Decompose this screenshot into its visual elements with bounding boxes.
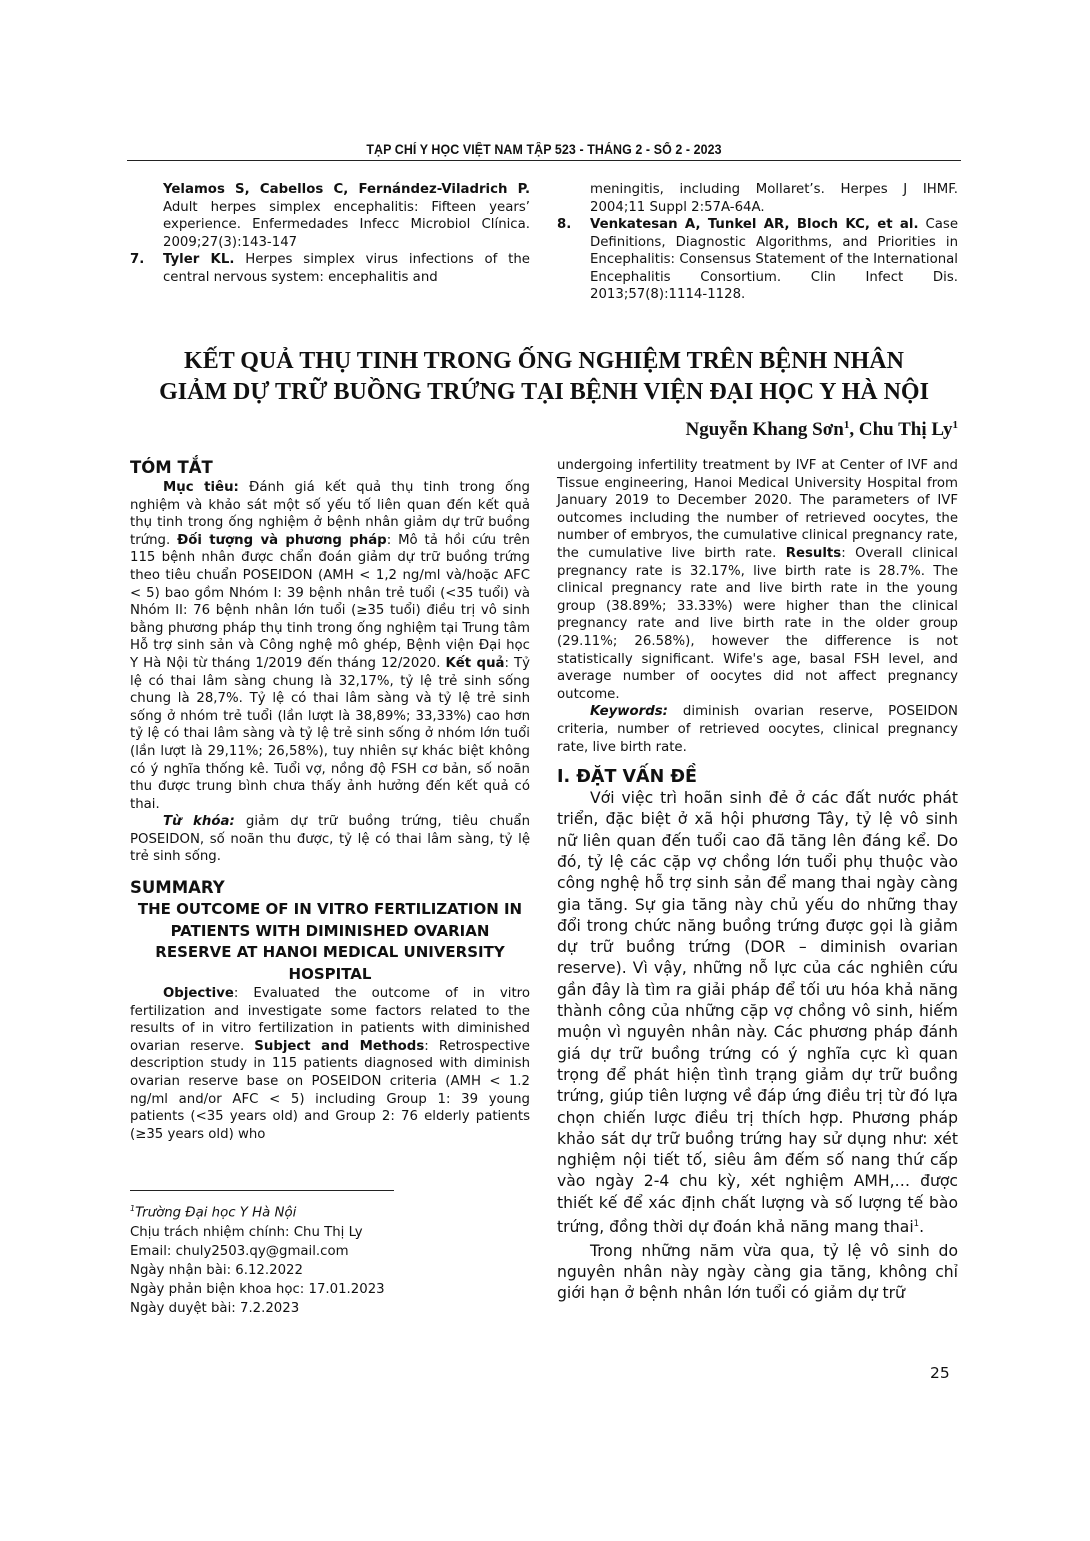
author-affiliation-mark: 1	[953, 419, 959, 431]
methods-label: Đối tượng và phương pháp	[177, 533, 387, 548]
results-text: : Overall clinical pregnancy rate is 32.…	[557, 546, 958, 702]
en-abstract-body: Objective: Evaluated the outcome of in v…	[130, 985, 530, 1143]
footnote-approved: Ngày duyệt bài: 7.2.2023	[130, 1299, 530, 1318]
affiliation-text: Trường Đại học Y Hà Nội	[135, 1205, 296, 1220]
journal-page: TẠP CHÍ Y HỌC VIỆT NAM TẬP 523 - THÁNG 2…	[0, 0, 1090, 1541]
reference-item: Yelamos S, Cabellos C, Fernández-Viladri…	[130, 181, 530, 251]
vi-keywords: Từ khóa: giảm dự trữ buồng trứng, tiêu c…	[130, 813, 530, 866]
intro-paragraph: Với việc trì hoãn sinh đẻ ở các đất nước…	[557, 788, 958, 1238]
objective-label: Objective	[163, 986, 234, 1001]
en-title: THE OUTCOME OF IN VITRO FERTILIZATION IN…	[130, 899, 530, 985]
intro-heading: I. ĐẶT VẤN ĐỀ	[557, 766, 958, 788]
author-name: Chu Thị Ly	[859, 419, 953, 440]
running-head: TẠP CHÍ Y HỌC VIỆT NAM TẬP 523 - THÁNG 2…	[160, 142, 927, 157]
references-right: meningitis, including Mollaret’s. Herpes…	[557, 181, 958, 304]
title-line-1: KẾT QUẢ THỤ TINH TRONG ỐNG NGHIỆM TRÊN B…	[127, 346, 961, 377]
intro-text: Với việc trì hoãn sinh đẻ ở các đất nước…	[557, 789, 958, 1236]
reference-number: 8.	[557, 216, 571, 234]
intro-text-end: .	[919, 1218, 924, 1236]
page-number: 25	[930, 1364, 950, 1382]
methods-label: Subject and Methods	[254, 1039, 424, 1054]
reference-authors: Tyler KL.	[163, 252, 234, 267]
reference-text: meningitis, including Mollaret’s. Herpes…	[590, 182, 958, 215]
footnote-responsible: Chịu trách nhiệm chính: Chu Thị Ly	[130, 1223, 530, 1242]
author-name: Nguyễn Khang Sơn	[685, 419, 843, 440]
reference-number: 7.	[130, 251, 144, 269]
keywords-label: Keywords:	[590, 704, 668, 719]
header-rule	[127, 160, 961, 161]
intro-body: Với việc trì hoãn sinh đẻ ở các đất nước…	[557, 788, 958, 1304]
footnote: 1Trường Đại học Y Hà Nội Chịu trách nhiệ…	[130, 1199, 530, 1319]
article-title: KẾT QUẢ THỤ TINH TRONG ỐNG NGHIỆM TRÊN B…	[127, 346, 961, 408]
vi-abstract-body: Mục tiêu: Đánh giá kết quả thụ tinh tron…	[130, 479, 530, 813]
reference-continuation: meningitis, including Mollaret’s. Herpes…	[557, 181, 958, 216]
results-label: Kết quả	[445, 656, 504, 671]
en-abstract-heading: SUMMARY	[130, 877, 530, 899]
intro-text: Trong những năm vừa qua, tỷ lệ vô sinh d…	[557, 1242, 958, 1303]
author-list: Nguyễn Khang Sơn1, Chu Thị Ly1	[685, 419, 958, 441]
objective-label: Mục tiêu:	[163, 480, 239, 495]
methods-text: : Mô tả hồi cứu trên 115 bệnh nhân được …	[130, 533, 530, 671]
footnote-email: Email: chuly2503.qy@gmail.com	[130, 1242, 530, 1261]
intro-paragraph: Trong những năm vừa qua, tỷ lệ vô sinh d…	[557, 1241, 958, 1305]
methods-text: : Retrospective description study in 115…	[130, 1039, 530, 1142]
reference-item: 8. Venkatesan A, Tunkel AR, Bloch KC, et…	[557, 216, 958, 304]
reference-text: Adult herpes simplex encephalitis: Fifte…	[163, 200, 530, 250]
references-left: Yelamos S, Cabellos C, Fernández-Viladri…	[130, 181, 530, 286]
reference-authors: Venkatesan A, Tunkel AR, Bloch KC, et al…	[590, 217, 919, 232]
reference-authors: Yelamos S, Cabellos C, Fernández-Viladri…	[163, 182, 530, 197]
right-column: undergoing infertility treatment by IVF …	[557, 457, 958, 1304]
keywords-label: Từ khóa:	[163, 814, 235, 829]
reference-item: 7. Tyler KL. Herpes simplex virus infect…	[130, 251, 530, 286]
footnote-rule	[130, 1190, 394, 1191]
footnote-reviewed: Ngày phản biện khoa học: 17.01.2023	[130, 1280, 530, 1299]
en-abstract-body-continued: undergoing infertility treatment by IVF …	[557, 457, 958, 703]
en-keywords: Keywords: diminish ovarian reserve, POSE…	[557, 703, 958, 756]
footnote-affiliation: 1Trường Đại học Y Hà Nội	[130, 1199, 530, 1223]
results-text: : Tỷ lệ có thai lâm sàng chung là 32,17%…	[130, 656, 530, 812]
title-line-2: GIẢM DỰ TRỮ BUỒNG TRỨNG TẠI BỆNH VIỆN ĐẠ…	[127, 377, 961, 408]
left-column: TÓM TẮT Mục tiêu: Đánh giá kết quả thụ t…	[130, 457, 530, 1143]
results-label: Results	[786, 546, 841, 561]
author-separator: ,	[849, 419, 859, 440]
footnote-received: Ngày nhận bài: 6.12.2022	[130, 1261, 530, 1280]
vi-abstract-heading: TÓM TẮT	[130, 457, 530, 479]
